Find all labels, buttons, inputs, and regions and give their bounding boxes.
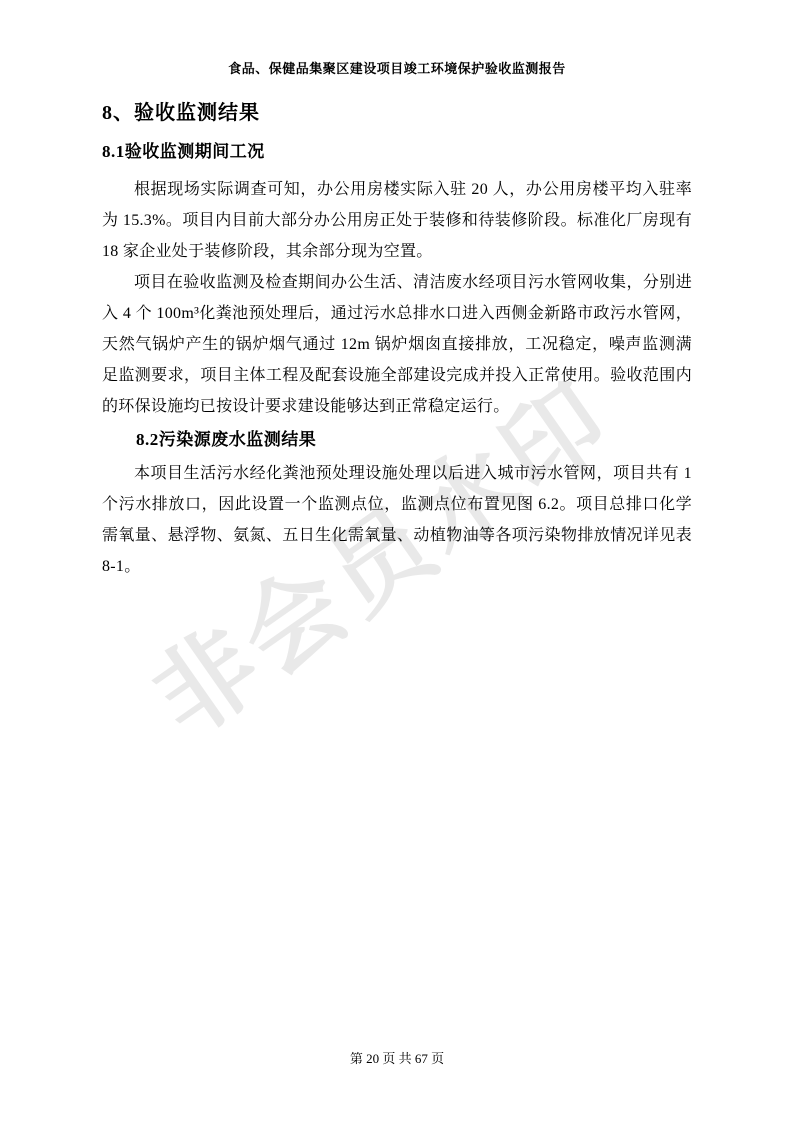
section-8-1-paragraph-2: 项目在验收监测及检查期间办公生活、清洁废水经项目污水管网收集，分别进入 4 个 … <box>102 267 692 422</box>
document-page: 非会员水印 食品、保健品集聚区建设项目竣工环境保护验收监测报告 8、验收监测结果… <box>0 0 794 1122</box>
section-8-1-heading: 8.1验收监测期间工况 <box>102 138 692 166</box>
page-header-title: 食品、保健品集聚区建设项目竣工环境保护验收监测报告 <box>0 58 794 77</box>
section-8-1-paragraph-1: 根据现场实际调查可知，办公用房楼实际入驻 20 人，办公用房楼平均入驻率为 15… <box>102 174 692 267</box>
chapter-heading: 8、验收监测结果 <box>102 98 692 128</box>
page-footer-page-number: 第 20 页 共 67 页 <box>0 1048 794 1067</box>
section-8-2-heading: 8.2污染源废水监测结果 <box>102 426 692 454</box>
section-8-2-paragraph-1: 本项目生活污水经化粪池预处理设施处理以后进入城市污水管网，项目共有 1 个污水排… <box>102 458 692 582</box>
document-content: 8、验收监测结果 8.1验收监测期间工况 根据现场实际调查可知，办公用房楼实际入… <box>102 98 692 582</box>
